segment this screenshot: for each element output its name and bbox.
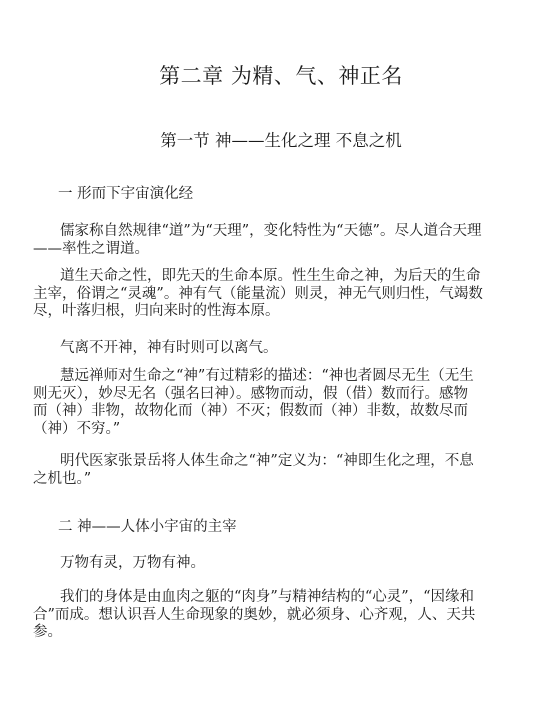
paragraph: 我们的身体是由血肉之躯的“肉身”与精神结构的“心灵”，“因缘和 合”而成。想认识… <box>33 589 495 642</box>
paragraph: 气离不开神，神有时则可以离气。 <box>33 340 495 358</box>
chapter-title: 第二章 为精、气、神正名 <box>0 62 548 90</box>
paragraph-line: 合”而成。想认识吾人生命现象的奥妙，就必须身、心齐观，人、天共 <box>33 607 495 625</box>
paragraph: 儒家称自然规律“道”为“天理”，变化特性为“天德”。尽人道合天理 ——率性之谓道… <box>33 223 495 258</box>
paragraph-line: （神）不穷。” <box>33 421 495 439</box>
paragraph-line: 主宰，俗谓之“灵魂”。神有气（能量流）则灵，神无气则归性，气竭数 <box>33 286 495 304</box>
paragraph-line: 万物有灵，万物有神。 <box>33 555 495 573</box>
paragraph: 明代医家张景岳将人体生命之“神”定义为：“神即生化之理，不息 之机也。” <box>33 453 495 488</box>
paragraph-line: 气离不开神，神有时则可以离气。 <box>33 340 495 358</box>
subheading-part-1: 一 形而下宇宙演化经 <box>58 185 193 203</box>
paragraph-line: 儒家称自然规律“道”为“天理”，变化特性为“天德”。尽人道合天理 <box>33 223 495 241</box>
paragraph: 道生天命之性，即先天的生命本原。性生生命之神，为后天的生命 主宰，俗谓之“灵魂”… <box>33 268 495 321</box>
paragraph-line: 尽，叶落归根，归向来时的性海本原。 <box>33 303 495 321</box>
paragraph-line: ——率性之谓道。 <box>33 241 495 259</box>
paragraph-line: 我们的身体是由血肉之躯的“肉身”与精神结构的“心灵”，“因缘和 <box>33 589 495 607</box>
paragraph: 慧远禅师对生命之“神”有过精彩的描述：“神也者圆尽无生（无生 则无灭），妙尽无名… <box>33 368 495 438</box>
paragraph-line: 参。 <box>33 624 495 642</box>
subheading-part-2: 二 神——人体小宇宙的主宰 <box>58 518 237 536</box>
section-title: 第一节 神——生化之理 不息之机 <box>0 129 548 153</box>
paragraph-line: 道生天命之性，即先天的生命本原。性生生命之神，为后天的生命 <box>33 268 495 286</box>
paragraph-line: 之机也。” <box>33 471 495 489</box>
paragraph-line: 慧远禅师对生命之“神”有过精彩的描述：“神也者圆尽无生（无生 <box>33 368 495 386</box>
paragraph-line: 明代医家张景岳将人体生命之“神”定义为：“神即生化之理，不息 <box>33 453 495 471</box>
paragraph-line: 而（神）非物，故物化而（神）不灭；假数而（神）非数，故数尽而 <box>33 403 495 421</box>
paragraph-line: 则无灭），妙尽无名（强名曰神）。感物而动，假（借）数而行。感物 <box>33 386 495 404</box>
paragraph: 万物有灵，万物有神。 <box>33 555 495 573</box>
document-page: 第二章 为精、气、神正名 第一节 神——生化之理 不息之机 一 形而下宇宙演化经… <box>0 0 548 711</box>
